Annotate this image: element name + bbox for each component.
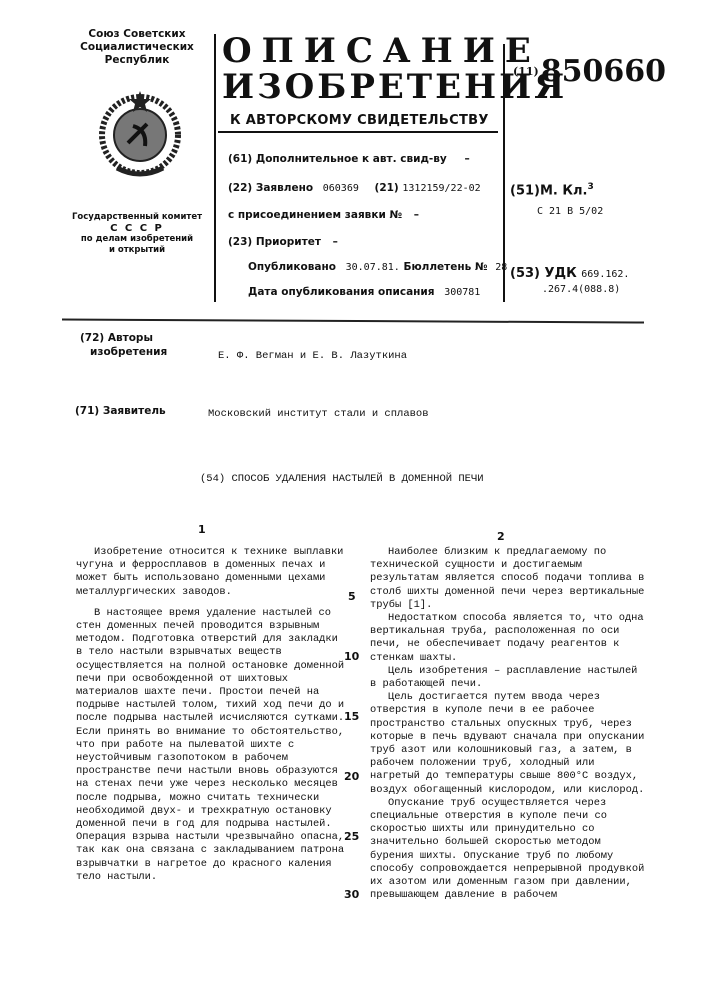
- field-51-value: С 21 В 5/02: [537, 206, 603, 217]
- applicant-value: Московский институт стали и сплавов: [208, 408, 429, 420]
- committee-line: С С С Р: [62, 223, 212, 234]
- field-published: Опубликовано 30.07.81. Бюллетень № 28: [248, 261, 507, 273]
- paragraph: В настоящее время удаление настылей со с…: [76, 607, 346, 884]
- committee-line: и открытий: [62, 245, 212, 256]
- field-51-sup: 3: [587, 182, 593, 192]
- document-title-line1: ОПИСАНИЕ: [222, 34, 541, 68]
- field-51: (51)М. Кл.3: [510, 182, 594, 198]
- authors-label-line2: изобретения: [80, 345, 167, 359]
- applicant-label: (71) Заявитель: [75, 405, 166, 417]
- field-53: (53) УДК 669.162.: [510, 266, 629, 281]
- patent-number-value: 850660: [541, 54, 666, 89]
- column-2-text: Наиболее близким к предлагаемому по техн…: [370, 546, 645, 902]
- field-21-value: 1312159/22-02: [402, 183, 480, 194]
- field-23-value: –: [333, 236, 338, 248]
- field-53-value-line2: .267.4(088.8): [542, 284, 620, 295]
- published-label: Опубликовано: [248, 261, 336, 273]
- divider-left: [214, 34, 216, 302]
- field-23-label: (23) Приоритет: [228, 236, 321, 248]
- desc-date-value: 300781: [444, 287, 480, 298]
- field-61-label: (61) Дополнительное к авт. свид-ву: [228, 153, 447, 165]
- patent-number: (11)850660: [513, 54, 666, 89]
- country-line: Социалистических: [62, 41, 212, 54]
- line-number: 20: [344, 770, 359, 783]
- paragraph: Наиболее близким к предлагаемому по техн…: [370, 546, 645, 612]
- issuing-committee: Государственный комитет С С С Р по делам…: [62, 212, 212, 256]
- published-value: 30.07.81.: [346, 262, 400, 273]
- line-number: 10: [344, 650, 359, 663]
- header-divider: [62, 318, 644, 323]
- bulletin-label: Бюллетень №: [403, 261, 487, 273]
- paragraph: Цель достигается путем ввода через отвер…: [370, 691, 645, 797]
- field-61-value: –: [464, 153, 469, 165]
- column-1-text: Изобретение относится к технике выплавки…: [76, 546, 346, 884]
- bulletin-value: 28: [495, 262, 507, 273]
- field-51-label: (51)М. Кл.: [510, 183, 587, 198]
- field-23: (23) Приоритет –: [228, 236, 338, 248]
- field-21-label: (21): [375, 182, 399, 194]
- issuing-country: Союз Советских Социалистических Республи…: [62, 28, 212, 67]
- invention-title: (54) СПОСОБ УДАЛЕНИЯ НАСТЫЛЕЙ В ДОМЕННОЙ…: [200, 473, 484, 485]
- field-53-label: (53) УДК: [510, 266, 577, 281]
- line-number: 30: [344, 888, 359, 901]
- paragraph: Опускание труб осуществляется через спец…: [370, 797, 645, 903]
- field-22-label: (22) Заявлено: [228, 182, 313, 194]
- country-line: Союз Советских: [62, 28, 212, 41]
- authors-label: (72) Авторы изобретения: [80, 331, 167, 359]
- committee-line: по делам изобретений: [62, 234, 212, 245]
- field-61: (61) Дополнительное к авт. свид-ву –: [228, 153, 470, 165]
- field-53-value-line1: 669.162.: [581, 269, 629, 280]
- document-subtitle: К АВТОРСКОМУ СВИДЕТЕЛЬСТВУ: [230, 113, 489, 128]
- field-join: с присоединением заявки № –: [228, 209, 419, 221]
- desc-date-label: Дата опубликования описания: [248, 286, 435, 298]
- field-22-value: 060369: [323, 183, 359, 194]
- line-number: 25: [344, 830, 359, 843]
- country-line: Республик: [62, 54, 212, 67]
- subtitle-underline: [218, 131, 498, 133]
- paragraph: Цель изобретения – расплавление настылей…: [370, 665, 645, 691]
- ussr-coat-of-arms-icon: [95, 88, 185, 178]
- field-desc-date: Дата опубликования описания 300781: [248, 286, 480, 298]
- line-number: 15: [344, 710, 359, 723]
- patent-number-tag: (11): [513, 65, 539, 78]
- authors-label-line1: (72) Авторы: [80, 331, 167, 345]
- authors-value: Е. Ф. Вегман и Е. В. Лазуткина: [218, 350, 407, 362]
- field-22: (22) Заявлено 060369 (21) 1312159/22-02: [228, 182, 481, 194]
- committee-line: Государственный комитет: [62, 212, 212, 223]
- paragraph: Недостатком способа является то, что одн…: [370, 612, 645, 665]
- field-join-value: –: [414, 209, 419, 221]
- line-number: 5: [348, 590, 356, 603]
- column-2-number: 2: [497, 530, 505, 543]
- column-1-number: 1: [198, 523, 206, 536]
- field-join-label: с присоединением заявки №: [228, 209, 402, 221]
- paragraph: Изобретение относится к технике выплавки…: [76, 546, 346, 599]
